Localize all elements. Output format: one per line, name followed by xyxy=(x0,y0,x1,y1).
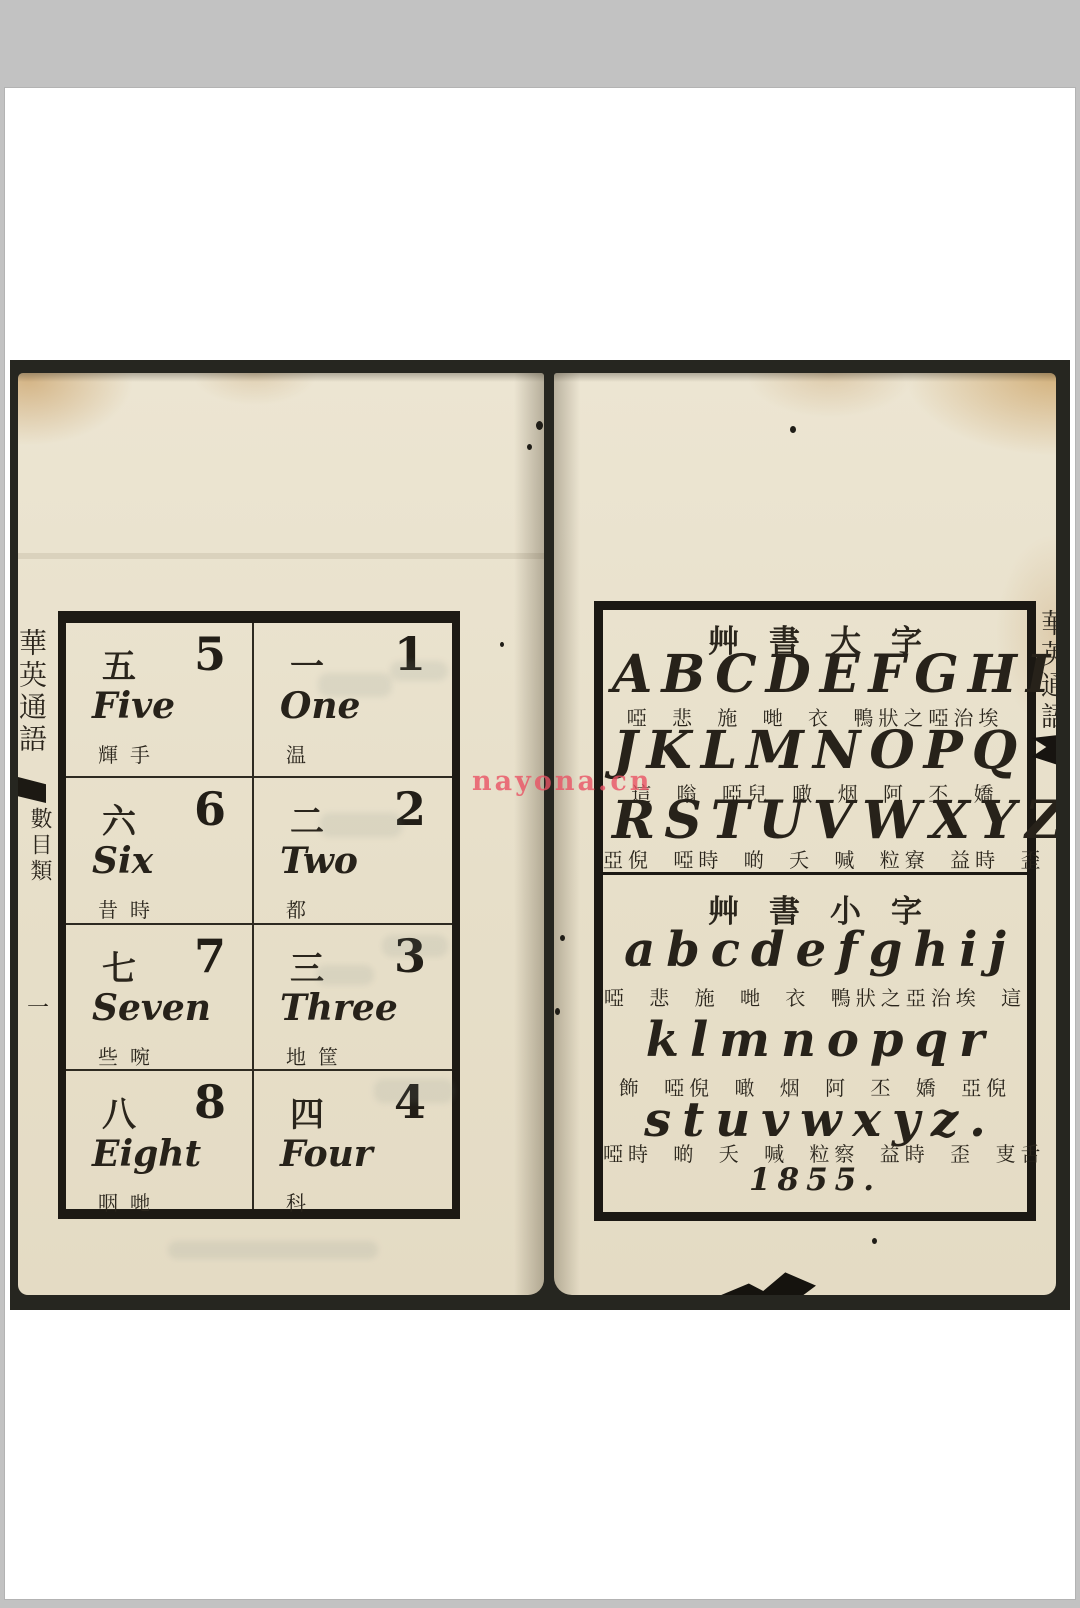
page-top-shadow xyxy=(18,373,544,382)
phonetic-gloss: 咽哋 xyxy=(98,1187,162,1216)
table-cell-two: 二 2 Two 都 xyxy=(254,778,452,925)
year-label: 1855. xyxy=(603,1162,1027,1198)
small-letters-row-1: abcdefghij xyxy=(603,922,1027,978)
paper-speck xyxy=(790,426,796,433)
phonetic-gloss: 些啘 xyxy=(98,1041,162,1070)
paper-speck xyxy=(536,421,543,430)
phonetic-gloss: 都 xyxy=(286,894,318,923)
gutter-shadow xyxy=(554,373,580,1295)
english-word: Two xyxy=(280,840,358,882)
capital-letters-row-1: ABCDEFGHI xyxy=(603,644,1027,705)
site-watermark: nayona.cn xyxy=(472,766,712,797)
paper-streak xyxy=(18,553,544,559)
show-through-ghost xyxy=(390,661,448,681)
arabic-numeral: 8 xyxy=(194,1075,226,1129)
table-cell-one: 一 1 One 温 xyxy=(254,623,452,778)
page-tear xyxy=(720,1270,816,1295)
show-through-ghost xyxy=(382,935,448,957)
alphabet-frame: 艸書大字 ABCDEFGHI 啞 悲 施 哋 衣 鴨狀之啞治埃 JKLMNOPQ… xyxy=(594,601,1036,1221)
english-word: Eight xyxy=(92,1133,201,1175)
phonetic-row: 啞 悲 施 哋 衣 鴨狀之亞治埃 這 xyxy=(603,982,1027,1011)
gutter-shadow xyxy=(514,373,544,1295)
show-through-ghost xyxy=(320,813,402,837)
paper-speck xyxy=(555,1008,560,1015)
english-word: Six xyxy=(92,840,153,882)
phonetic-gloss: 温 xyxy=(286,739,318,768)
phonetic-gloss: 地筐 xyxy=(286,1041,350,1070)
chinese-numeral: 八 xyxy=(102,1087,136,1136)
left-margin-book-title: 華英通語 xyxy=(18,628,51,788)
chinese-numeral: 七 xyxy=(102,941,136,990)
table-cell-eight: 八 8 Eight 咽哋 xyxy=(66,1071,254,1209)
numbers-table: 五 5 Five 輝手 一 1 One 温 六 6 Six 昔時 二 2 Two xyxy=(58,611,460,1219)
english-word: Five xyxy=(92,685,175,727)
arabic-numeral: 7 xyxy=(194,929,226,983)
phonetic-gloss: 科 xyxy=(286,1187,318,1216)
chinese-numeral: 六 xyxy=(102,794,136,843)
left-margin-page-number: 一 xyxy=(27,991,49,1022)
paper-speck xyxy=(872,1238,877,1244)
phonetic-gloss: 昔時 xyxy=(98,894,162,923)
phonetic-gloss: 輝手 xyxy=(98,739,162,768)
arabic-numeral: 5 xyxy=(194,627,226,681)
chinese-numeral: 五 xyxy=(102,639,136,688)
english-word: Four xyxy=(280,1133,373,1175)
right-page: 艸書大字 ABCDEFGHI 啞 悲 施 哋 衣 鴨狀之啞治埃 JKLMNOPQ… xyxy=(554,373,1056,1295)
left-page: 華英通語 數目類 一 五 5 Five 輝手 一 1 One 温 六 6 Six… xyxy=(18,373,544,1295)
table-cell-seven: 七 7 Seven 些啘 xyxy=(66,925,254,1071)
left-margin-category-label: 數目類 xyxy=(19,807,55,897)
table-cell-five: 五 5 Five 輝手 xyxy=(66,623,254,778)
table-cell-six: 六 6 Six 昔時 xyxy=(66,778,254,925)
english-word: Seven xyxy=(92,987,211,1029)
paper-speck xyxy=(560,935,565,941)
show-through-ghost xyxy=(316,965,374,985)
small-letters-row-2: klmnopqr xyxy=(603,1012,1027,1068)
book-scan-photo: 華英通語 數目類 一 五 5 Five 輝手 一 1 One 温 六 6 Six… xyxy=(10,360,1070,1310)
show-through-ghost xyxy=(318,673,392,697)
chinese-numeral: 四 xyxy=(290,1087,324,1136)
show-through-ghost xyxy=(168,1241,378,1259)
page-top-shadow xyxy=(554,373,1056,382)
arabic-numeral: 6 xyxy=(194,782,226,836)
english-word: Three xyxy=(280,987,398,1029)
paper-speck xyxy=(500,642,504,647)
show-through-ghost xyxy=(374,1079,454,1103)
paper-speck xyxy=(527,444,532,450)
section-divider-rule xyxy=(594,872,1036,875)
chinese-numeral: 二 xyxy=(290,794,324,843)
capital-letters-row-3: RSTUVWXYZ. xyxy=(603,790,1027,851)
phonetic-row: 亞倪 啞時 啲 夭 喊 粒寮 益時 歪 叓舌 xyxy=(603,844,1027,873)
